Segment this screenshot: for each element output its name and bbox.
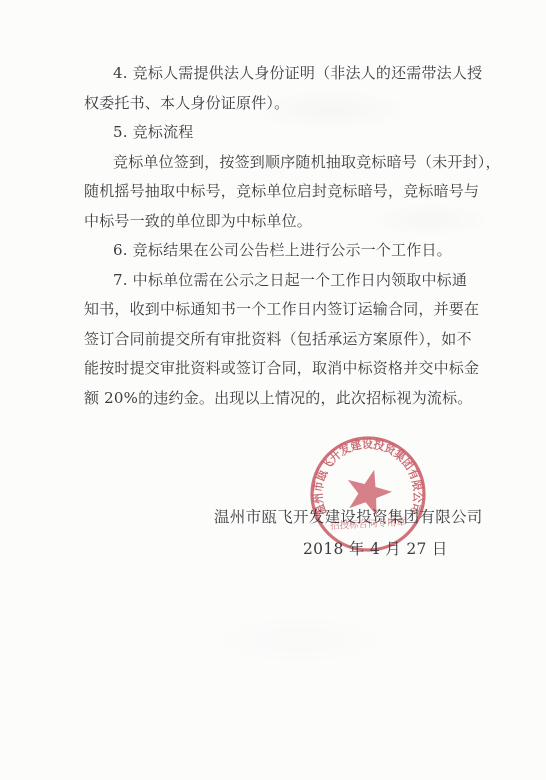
signature-company-name: 温州市瓯飞开发建设投资集团有限公司: [214, 505, 483, 527]
doc-line-item7-3: 签订合同前提交所有审批资料（包括承运方案原件），如不: [84, 325, 476, 355]
doc-line-flow-2: 随机摇号抽取中标号，竞标单位启封竞标暗号，竞标暗号与: [84, 177, 476, 207]
doc-line-item5: 5. 竞标流程: [84, 118, 476, 148]
doc-line-item7-1: 7. 中标单位需在公示之日起一个工作日内领取中标通: [84, 266, 476, 296]
doc-line-item6: 6. 竞标结果在公司公告栏上进行公示一个工作日。: [84, 236, 476, 266]
body-text: 4. 竞标人需提供法人身份证明（非法人的还需带法人授 权委托书、本人身份证原件）…: [84, 59, 476, 413]
scanned-document-page: 4. 竞标人需提供法人身份证明（非法人的还需带法人授 权委托书、本人身份证原件）…: [0, 0, 546, 780]
doc-line-flow-1: 竞标单位签到，按签到顺序随机抽取竞标暗号（未开封），: [84, 148, 476, 178]
doc-line-item4-2: 权委托书、本人身份证原件）。: [84, 89, 476, 119]
signature-date: 2018 年 4 月 27 日: [303, 537, 448, 559]
company-official-seal: 温州市瓯飞开发建设投资集团有限公司 招投标合同专用章: [308, 434, 428, 554]
doc-line-item7-2: 知书，收到中标通知书一个工作日内签订运输合同，并要在: [84, 295, 476, 325]
doc-line-flow-3: 中标号一致的单位即为中标单位。: [84, 207, 476, 237]
doc-line-item7-4: 能按时提交审批资料或签订合同，取消中标资格并交中标金: [84, 354, 476, 384]
doc-line-item4-1: 4. 竞标人需提供法人身份证明（非法人的还需带法人授: [84, 59, 476, 89]
doc-line-item7-5: 额 20%的违约金。出现以上情况的，此次招标视为流标。: [84, 384, 476, 414]
